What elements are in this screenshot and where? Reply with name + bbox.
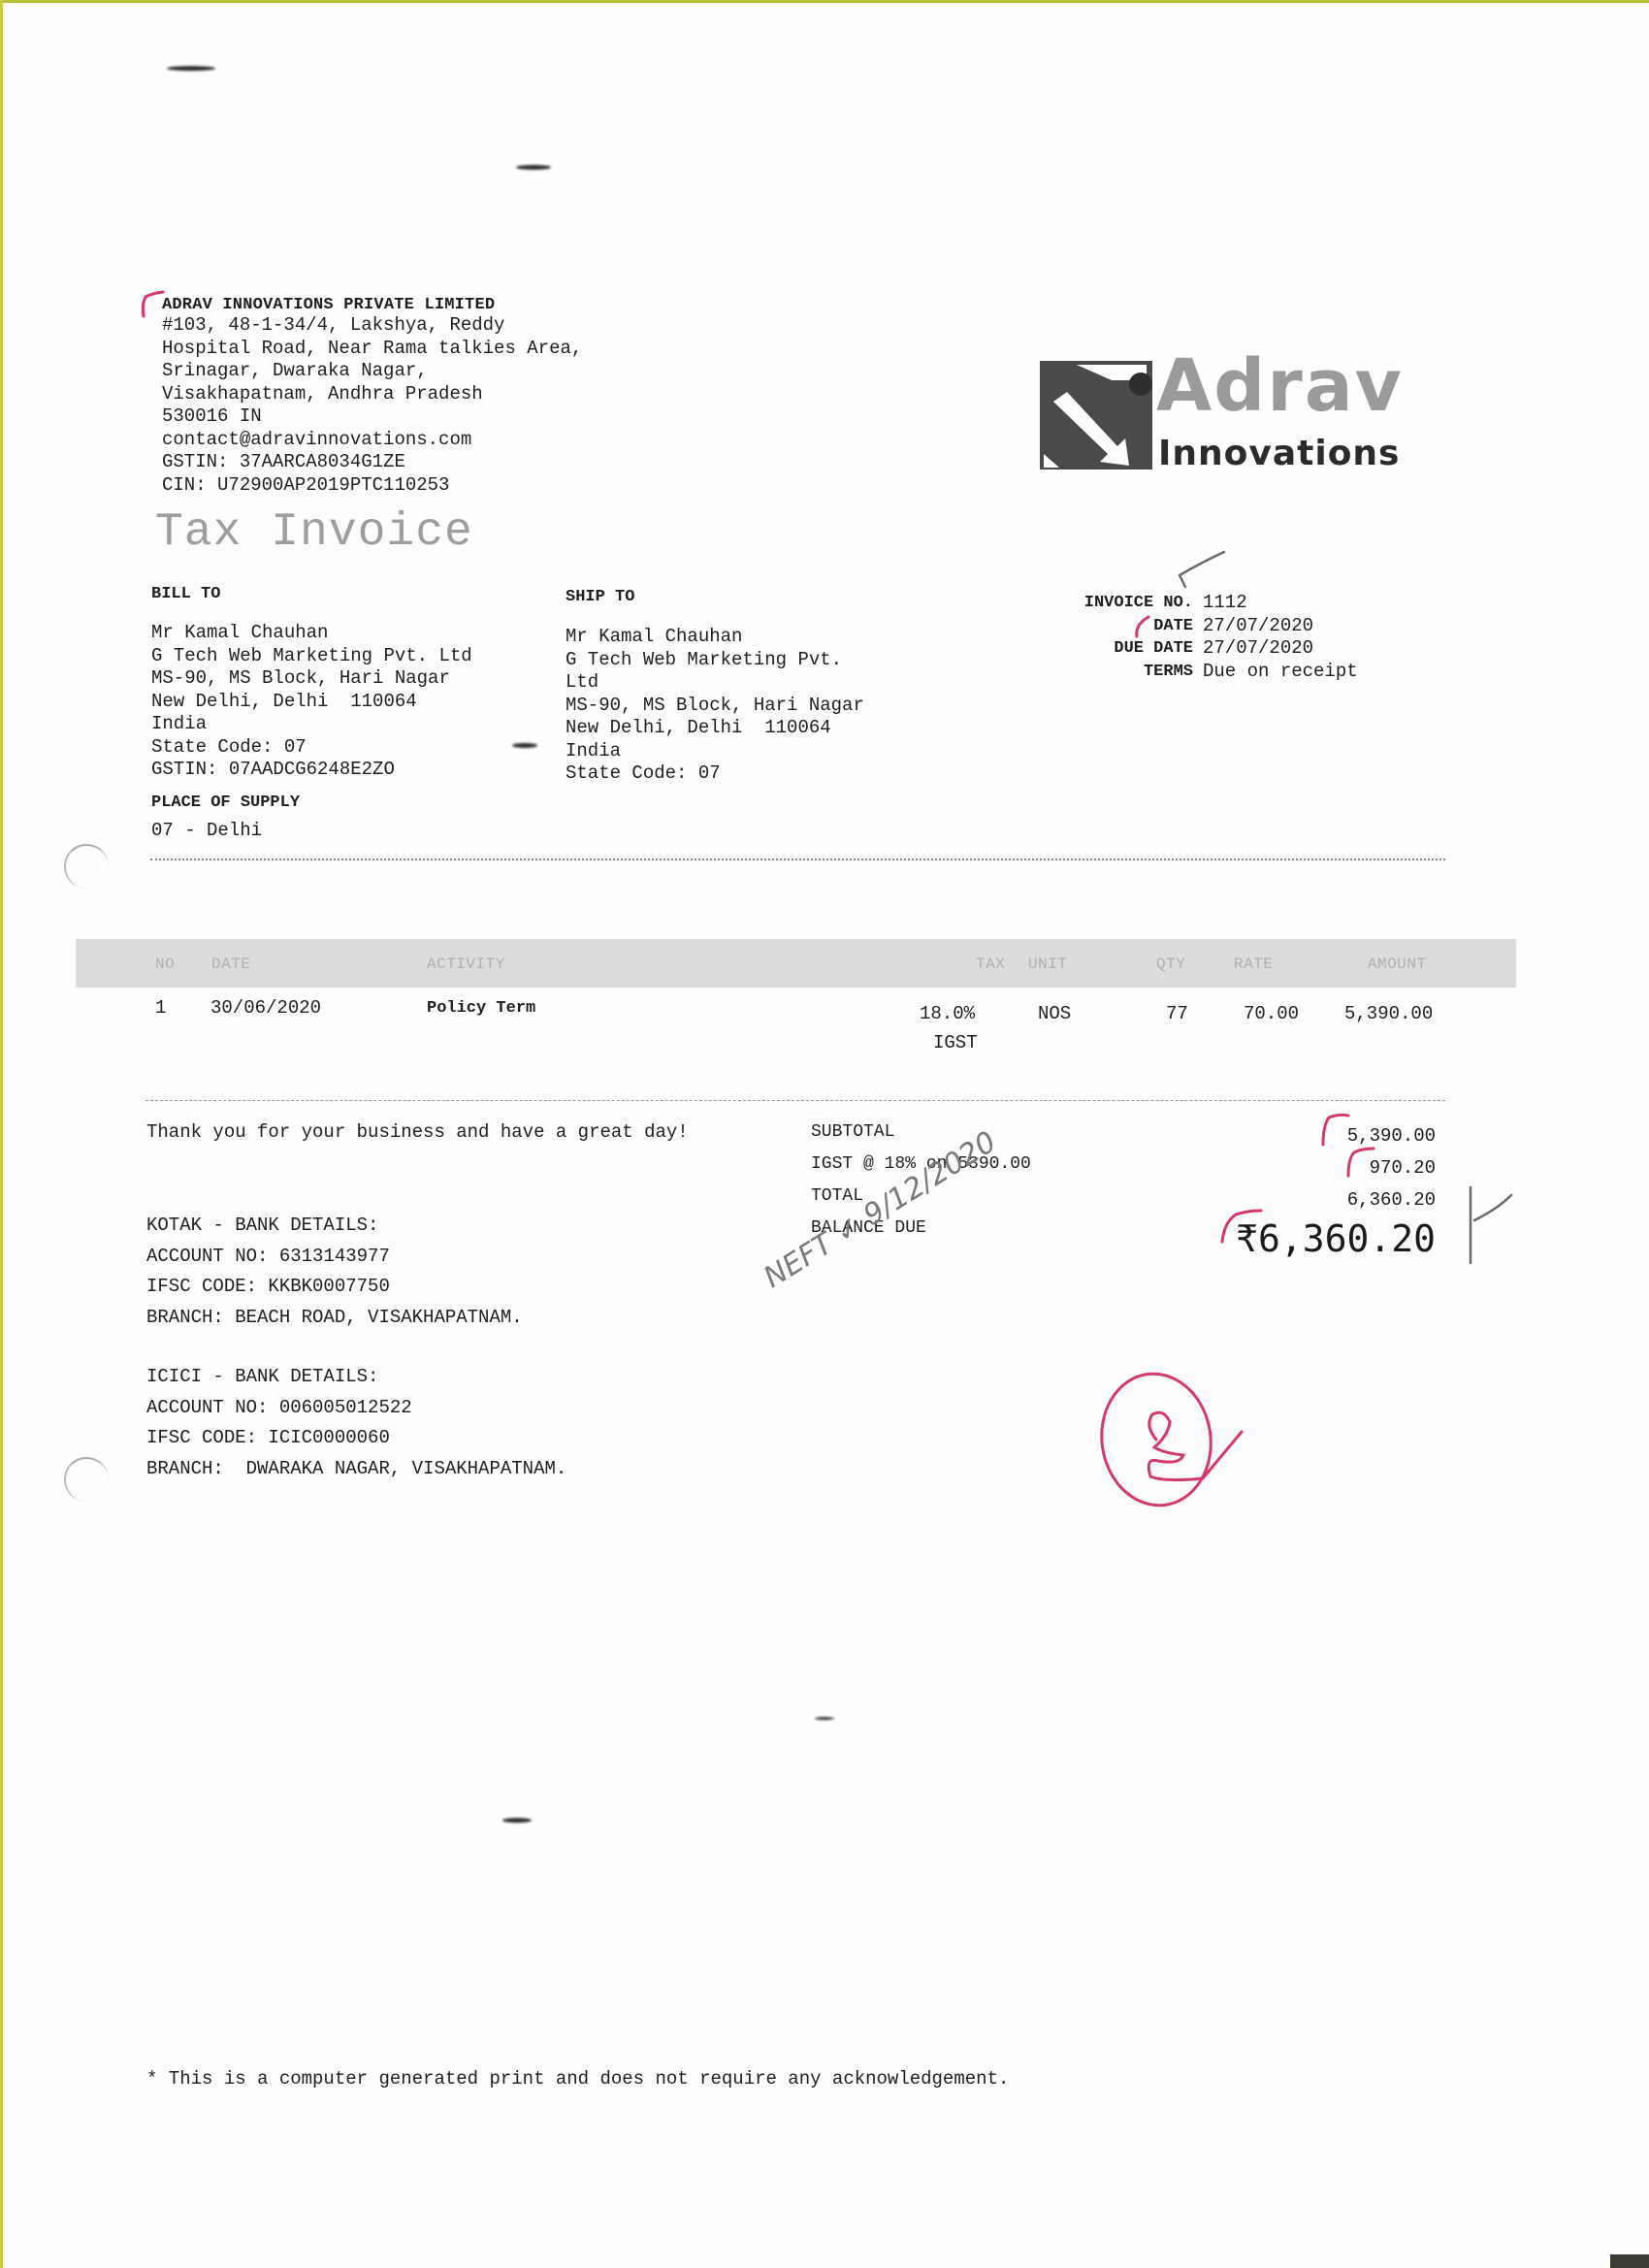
- bill-to-address: Mr Kamal ChauhanG Tech Web Marketing Pvt…: [151, 622, 472, 782]
- bill-to-line: GSTIN: 07AADCG6248E2ZO: [151, 759, 472, 782]
- cell-tax: 18.0%: [920, 1003, 975, 1024]
- cell-date: 30/06/2020: [210, 997, 321, 1019]
- ship-to-line: MS-90, MS Block, Hari Nagar: [566, 695, 864, 718]
- ship-to-line: G Tech Web Marketing Pvt.: [566, 649, 864, 672]
- bank-header: KOTAK - BANK DETAILS:: [146, 1211, 523, 1242]
- company-address-line: Srinagar, Dwaraka Nagar,: [162, 360, 582, 383]
- cell-unit: NOS: [1038, 1003, 1071, 1024]
- totals-value: 6,360.20: [1347, 1189, 1436, 1213]
- invoice-meta-value: 27/07/2020: [1203, 637, 1313, 661]
- scan-edge-left: [0, 0, 3, 2268]
- bank-branch: BRANCH: BEACH ROAD, VISAKHAPATNAM.: [146, 1303, 523, 1334]
- thank-you-message: Thank you for your business and have a g…: [146, 1121, 689, 1145]
- column-header-tax: TAX: [976, 956, 1005, 973]
- toner-smudge: [512, 743, 537, 748]
- invoice-meta-label: TERMS: [1048, 661, 1203, 684]
- company-address-line: 530016 IN: [162, 405, 582, 429]
- company-address: #103, 48-1-34/4, Lakshya, ReddyHospital …: [162, 314, 582, 497]
- ship-to-line: Mr Kamal Chauhan: [566, 626, 864, 649]
- invoice-meta-row: INVOICE NO.1112: [1048, 592, 1436, 615]
- adrav-logo-mark-icon: [1040, 361, 1152, 470]
- invoice-meta-row: DUE DATE27/07/2020: [1048, 637, 1436, 661]
- circled-number-annotation: [1086, 1358, 1261, 1523]
- invoice-meta-row: TERMSDue on receipt: [1048, 661, 1436, 684]
- ship-to-line: Ltd: [566, 671, 864, 695]
- logo-word-innovations: Innovations: [1158, 435, 1400, 473]
- bank-details-icici: ICICI - BANK DETAILS:ACCOUNT NO: 0060050…: [146, 1362, 566, 1484]
- initials-mark-icon: [1459, 1182, 1517, 1269]
- column-header-date: DATE: [211, 956, 250, 973]
- handwritten-payment-note: NEFT ✓ 9/12/2020: [758, 1125, 1002, 1295]
- company-address-line: contact@adravinnovations.com: [162, 429, 582, 452]
- bill-to-line: India: [151, 713, 472, 736]
- totals-value: 970.20: [1370, 1157, 1436, 1181]
- cell-qty: 77: [1166, 1003, 1188, 1024]
- cell-amount: 5,390.00: [1344, 1003, 1433, 1024]
- company-logo: Adrav Innovations: [1040, 361, 1426, 475]
- toner-smudge: [815, 1717, 834, 1720]
- divider: [150, 859, 1445, 860]
- company-name: ADRAV INNOVATIONS PRIVATE LIMITED: [162, 296, 582, 314]
- bank-ifsc: IFSC CODE: ICIC0000060: [146, 1423, 566, 1454]
- ship-to-line: India: [566, 740, 864, 763]
- ship-to-address: Mr Kamal ChauhanG Tech Web Marketing Pvt…: [566, 626, 864, 786]
- bank-account: ACCOUNT NO: 6313143977: [146, 1242, 523, 1273]
- totals-label: SUBTOTAL: [811, 1121, 894, 1145]
- scan-edge-top: [0, 0, 1649, 3]
- items-table-header: NODATEACTIVITYTAXUNITQTYRATEAMOUNT: [76, 939, 1516, 988]
- footer-note: * This is a computer generated print and…: [146, 2068, 1009, 2091]
- invoice-meta-row: DATE27/07/2020: [1048, 615, 1436, 638]
- company-address-line: #103, 48-1-34/4, Lakshya, Reddy: [162, 314, 582, 338]
- column-header-activity: ACTIVITY: [427, 956, 505, 973]
- punch-hole: [64, 844, 109, 889]
- tick-mark-icon: [1164, 548, 1232, 597]
- toner-smudge: [516, 165, 551, 170]
- place-of-supply-label: PLACE OF SUPPLY: [151, 794, 300, 812]
- check-mark-icon: [1342, 1145, 1377, 1180]
- company-address-line: GSTIN: 37AARCA8034G1ZE: [162, 451, 582, 474]
- invoice-meta-label: DATE: [1048, 615, 1203, 638]
- items-table-body: 130/06/2020Policy Term18.0%NOS7770.005,3…: [0, 997, 1649, 1055]
- cell-activity: Policy Term: [427, 999, 535, 1018]
- bill-to-line: G Tech Web Marketing Pvt. Ltd: [151, 645, 472, 668]
- ship-to-line: New Delhi, Delhi 110064: [566, 717, 864, 740]
- cell-no: 1: [155, 997, 166, 1019]
- company-address-line: Hospital Road, Near Rama talkies Area,: [162, 338, 582, 361]
- column-header-no: NO: [155, 956, 175, 973]
- ship-to-label: SHIP TO: [566, 588, 634, 606]
- check-mark-icon: [136, 287, 175, 326]
- invoice-meta-label: DUE DATE: [1048, 637, 1203, 661]
- scan-corner: [1610, 2254, 1649, 2268]
- company-address-line: CIN: U72900AP2019PTC110253: [162, 474, 582, 498]
- column-header-qty: QTY: [1156, 956, 1185, 973]
- bank-ifsc: IFSC CODE: KKBK0007750: [146, 1272, 523, 1303]
- invoice-meta-value: 27/07/2020: [1203, 615, 1313, 638]
- logo-word-adrav: Adrav: [1156, 347, 1404, 425]
- document-title: Tax Invoice: [155, 506, 473, 559]
- toner-smudge: [502, 1818, 532, 1823]
- check-mark-icon: [1131, 613, 1154, 642]
- punch-hole: [64, 1457, 109, 1502]
- invoice-meta: INVOICE NO.1112DATE27/07/2020DUE DATE27/…: [1048, 592, 1436, 683]
- place-of-supply-value: 07 - Delhi: [151, 820, 262, 843]
- cell-rate: 70.00: [1244, 1003, 1299, 1024]
- bank-details-kotak: KOTAK - BANK DETAILS:ACCOUNT NO: 6313143…: [146, 1211, 523, 1333]
- invoice-meta-value: Due on receipt: [1203, 661, 1358, 684]
- ship-to-line: State Code: 07: [566, 762, 864, 786]
- column-header-unit: UNIT: [1028, 956, 1067, 973]
- divider: [145, 1100, 1445, 1101]
- column-header-rate: RATE: [1234, 956, 1273, 973]
- company-address-line: Visakhapatnam, Andhra Pradesh: [162, 383, 582, 406]
- bill-to-line: State Code: 07: [151, 736, 472, 760]
- bank-branch: BRANCH: DWARAKA NAGAR, VISAKHAPATNAM.: [146, 1454, 566, 1485]
- balance-due-amount: ₹6,360.20: [1236, 1217, 1436, 1260]
- bill-to-label: BILL TO: [151, 585, 220, 603]
- bill-to-line: Mr Kamal Chauhan: [151, 622, 472, 645]
- company-block: ADRAV INNOVATIONS PRIVATE LIMITED #103, …: [162, 296, 582, 497]
- cell-tax-type: IGST: [933, 1032, 978, 1053]
- bank-header: ICICI - BANK DETAILS:: [146, 1362, 566, 1393]
- bank-account: ACCOUNT NO: 006005012522: [146, 1393, 566, 1424]
- column-header-amount: AMOUNT: [1368, 956, 1427, 973]
- bill-to-line: MS-90, MS Block, Hari Nagar: [151, 667, 472, 691]
- check-mark-icon: [1216, 1207, 1265, 1246]
- bill-to-line: New Delhi, Delhi 110064: [151, 691, 472, 714]
- toner-smudge: [167, 66, 215, 71]
